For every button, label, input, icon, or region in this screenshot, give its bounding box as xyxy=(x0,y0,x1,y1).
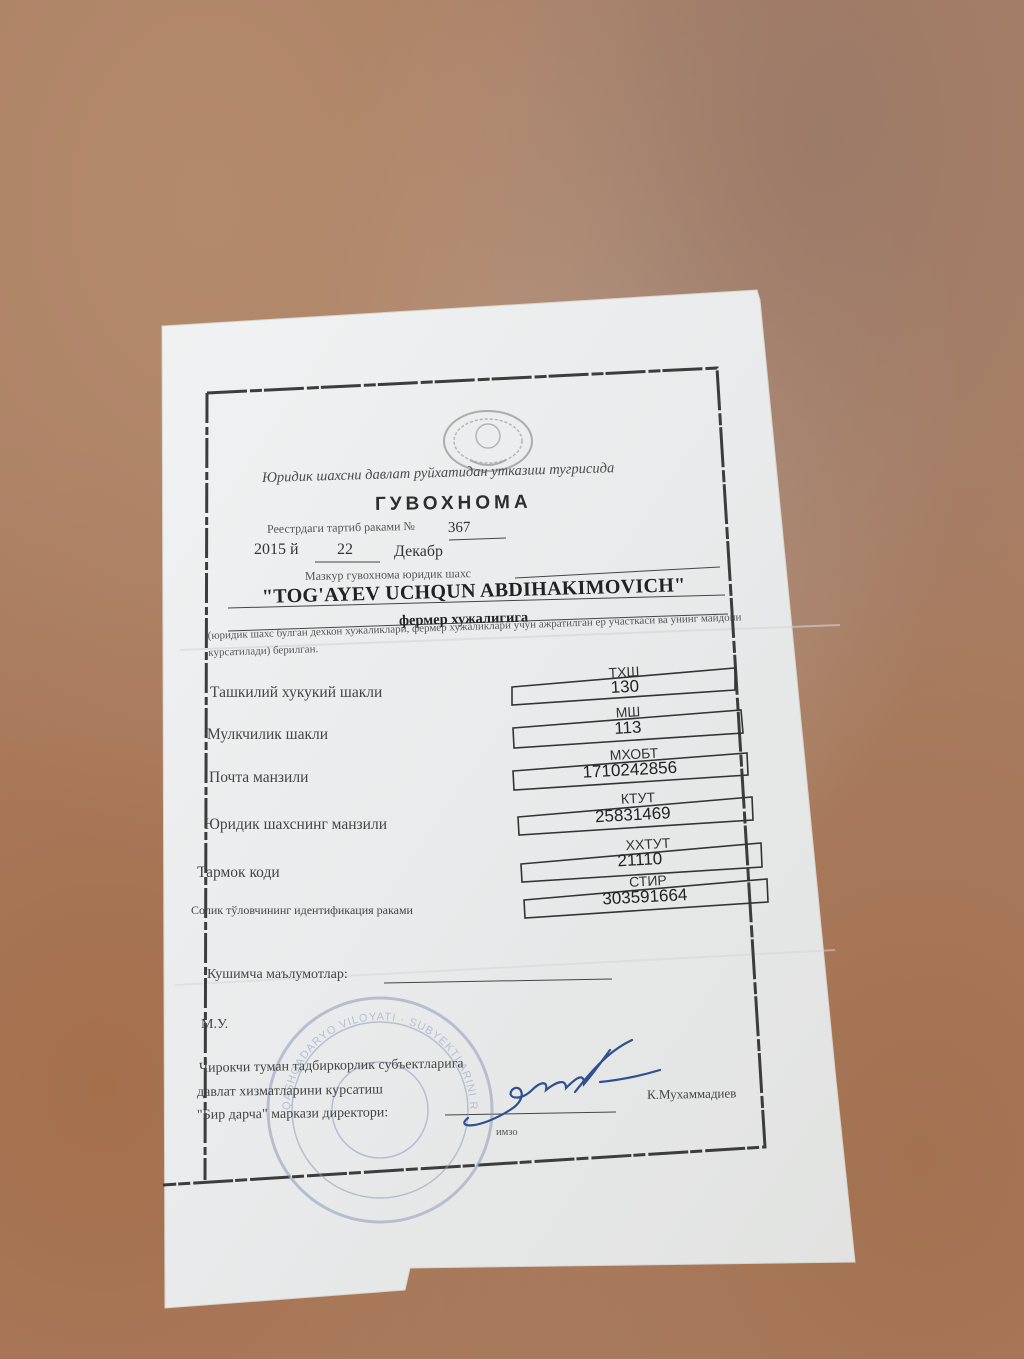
signatory-line-3: "Бир дарча" маркази директори: xyxy=(197,1105,388,1124)
paper-sheet: QASHQADARYO VILOYATI · SUBYEKTLARINI RUY… xyxy=(0,0,1024,1359)
seal-label: М.У. xyxy=(201,1017,228,1033)
signature-caption: имзо xyxy=(496,1127,518,1138)
field-label-tax-id: Солик тўловчининг идентификация раками xyxy=(191,903,413,918)
registry-label: Реестрдаги тартиб раками № xyxy=(267,519,415,537)
field-label-postal-address: Почта манзили xyxy=(209,769,308,787)
field-label-legal-address: Юридик шахснинг манзили xyxy=(204,816,387,834)
date-month: Декабр xyxy=(394,543,443,561)
field-label-ownership-form: Мулкчилик шакли xyxy=(207,726,328,744)
additional-info-label: Кушимча маълумотлар: xyxy=(207,967,348,983)
field-label-industry-code: Тармок коди xyxy=(197,864,280,882)
certificate-paper: QASHQADARYO VILOYATI · SUBYEKTLARINI RUY… xyxy=(0,0,1024,1359)
document-title: ГУВОХНОМА xyxy=(375,492,532,516)
signatory-line-2: давлат хизматларини курсатиш xyxy=(197,1082,383,1101)
registry-number: 367 xyxy=(448,520,471,537)
date-day: 22 xyxy=(337,541,353,559)
field-label-legal-form: Ташкилий хукукий шакли xyxy=(210,684,382,702)
director-name: К.Мухаммадиев xyxy=(647,1085,737,1103)
date-year: 2015 й xyxy=(254,541,299,559)
